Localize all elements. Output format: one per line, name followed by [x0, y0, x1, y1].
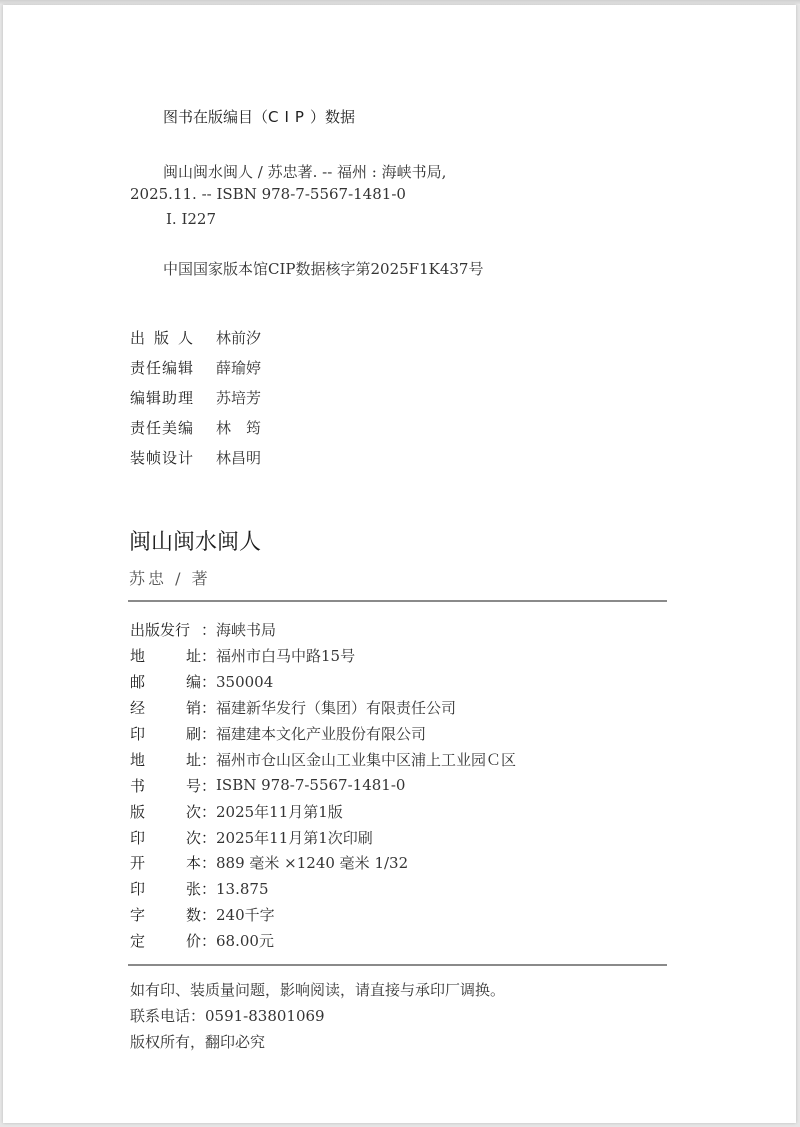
colophon-label: 定价：	[130, 930, 216, 951]
colophon-row: 书号： ISBN 978-7-5567-1481-0	[130, 772, 516, 798]
colophon-row: 印刷： 福建建本文化产业股份有限公司	[130, 721, 516, 747]
colophon-row: 定价： 68.00元	[130, 928, 516, 954]
colophon-row: 出版发行： 海峡书局	[130, 617, 516, 643]
colophon-value: 福州市仓山区金山工业集中区浦上工业园Ｃ区	[216, 749, 516, 770]
colophon-label: 版次：	[130, 801, 216, 822]
credit-value: 林昌明	[216, 447, 261, 468]
cip-heading-prefix: 图书在版编目（	[163, 108, 268, 126]
cip-entry-line-2: 2025.11. -- ISBN 978-7-5567-1481-0	[130, 185, 406, 203]
colophon-value: 13.875	[216, 880, 269, 898]
colophon-row: 印张： 13.875	[130, 876, 516, 902]
colophon-value: ISBN 978-7-5567-1481-0	[216, 776, 405, 794]
colophon-row: 字数： 240千字	[130, 902, 516, 928]
cip-heading-suffix: ）数据	[310, 108, 355, 126]
colophon-label: 印刷：	[130, 723, 216, 744]
footer-notes: 如有印、装质量问题，影响阅读，请直接与承印厂调换。 联系电话：0591-8380…	[130, 977, 505, 1055]
cip-classification: Ⅰ. I227	[166, 210, 216, 228]
colophon-value: 2025年11月第1版	[216, 801, 343, 822]
colophon-value: 68.00元	[216, 930, 274, 951]
credit-value: 薛瑜婷	[216, 357, 261, 378]
colophon-value: 2025年11月第1次印刷	[216, 827, 373, 848]
credit-label: 编辑助理	[130, 387, 216, 408]
colophon-value: 350004	[216, 673, 273, 691]
colophon-value: 240千字	[216, 904, 275, 925]
cip-entry-line-1: 闽山闽水闽人 / 苏忠著. -- 福州 : 海峡书局,	[163, 161, 446, 182]
book-title: 闽山闽水闽人	[129, 525, 261, 556]
colophon-list: 出版发行： 海峡书局 地址： 福州市白马中路15号 邮编： 350004 经销：…	[130, 617, 516, 954]
colophon-row: 开本： 889 毫米 ×1240 毫米 1/32	[130, 850, 516, 876]
credit-label: 出版人	[130, 327, 216, 348]
credit-row-editor: 责任编辑 薛瑜婷	[130, 352, 261, 382]
credit-value: 苏培芳	[216, 387, 261, 408]
colophon-row: 印次： 2025年11月第1次印刷	[130, 824, 516, 850]
credit-row-publisher: 出版人 林前汐	[130, 322, 261, 352]
colophon-label: 出版发行：	[130, 619, 216, 640]
colophon-row: 版次： 2025年11月第1版	[130, 798, 516, 824]
colophon-label: 印张：	[130, 878, 216, 899]
colophon-value: 海峡书局	[216, 619, 276, 640]
credit-value: 林 筠	[216, 417, 261, 438]
colophon-row: 地址： 福州市仓山区金山工业集中区浦上工业园Ｃ区	[130, 746, 516, 772]
colophon-value: 福建建本文化产业股份有限公司	[216, 723, 426, 744]
book-author: 苏忠 / 著	[129, 566, 211, 589]
colophon-label: 印次：	[130, 827, 216, 848]
colophon-row: 地址： 福州市白马中路15号	[130, 643, 516, 669]
colophon-row: 经销： 福建新华发行（集团）有限责任公司	[130, 695, 516, 721]
cip-verification-number: 中国国家版本馆CIP数据核字第2025F1K437号	[163, 258, 483, 279]
colophon-label: 书号：	[130, 775, 216, 796]
credit-label: 责任编辑	[130, 357, 216, 378]
colophon-value: 889 毫米 ×1240 毫米 1/32	[216, 852, 408, 873]
quality-notice: 如有印、装质量问题，影响阅读，请直接与承印厂调换。	[130, 977, 505, 1003]
colophon-label: 邮编：	[130, 671, 216, 692]
divider-bottom	[128, 964, 667, 966]
colophon-label: 开本：	[130, 852, 216, 873]
copyright-notice: 版权所有，翻印必究	[130, 1029, 505, 1055]
divider-top	[128, 600, 667, 602]
colophon-label: 地址：	[130, 749, 216, 770]
credit-row-editor-assistant: 编辑助理 苏培芳	[130, 382, 261, 412]
credit-row-art-editor: 责任美编 林 筠	[130, 412, 261, 442]
colophon-value: 福州市白马中路15号	[216, 645, 355, 666]
credit-label: 装帧设计	[130, 447, 216, 468]
cip-heading-letters: CIP	[268, 108, 310, 126]
colophon-label: 地址：	[130, 645, 216, 666]
colophon-row: 邮编： 350004	[130, 669, 516, 695]
colophon-label: 字数：	[130, 904, 216, 925]
credits-list: 出版人 林前汐 责任编辑 薛瑜婷 编辑助理 苏培芳 责任美编 林 筠 装帧设计 …	[130, 322, 261, 472]
credit-value: 林前汐	[216, 327, 261, 348]
colophon-value: 福建新华发行（集团）有限责任公司	[216, 697, 456, 718]
document-page: 图书在版编目（CIP）数据 闽山闽水闽人 / 苏忠著. -- 福州 : 海峡书局…	[3, 5, 796, 1123]
credit-label: 责任美编	[130, 417, 216, 438]
credit-row-designer: 装帧设计 林昌明	[130, 442, 261, 472]
cip-heading: 图书在版编目（CIP）数据	[163, 106, 355, 127]
colophon-label: 经销：	[130, 697, 216, 718]
contact-phone: 联系电话：0591-83801069	[130, 1003, 505, 1029]
